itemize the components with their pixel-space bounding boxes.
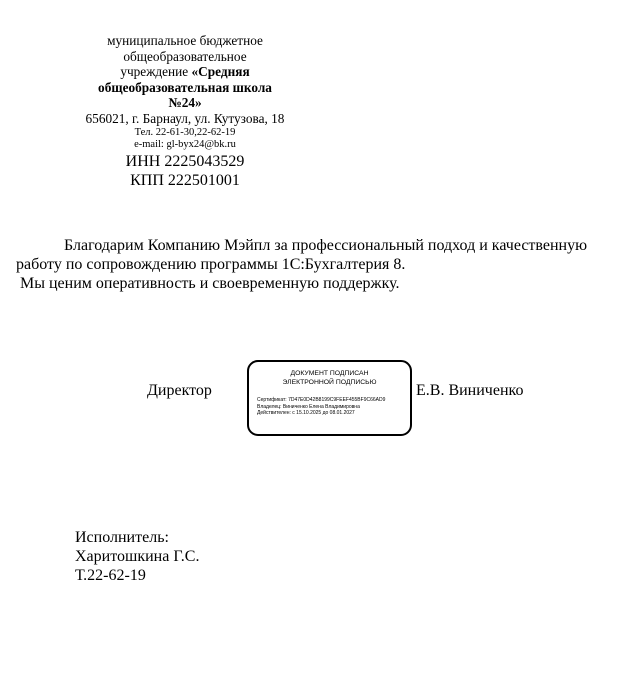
org-kpp: КПП 222501001 bbox=[70, 171, 300, 190]
letter-body: Благодарим Компанию Мэйпл за профессиона… bbox=[16, 236, 616, 293]
stamp-title-line-1: ДОКУМЕНТ ПОДПИСАН bbox=[249, 369, 410, 378]
org-phone: Тел. 22-61-30,22-62-19 bbox=[70, 127, 300, 140]
org-type-line: муниципальное бюджетное bbox=[70, 33, 300, 49]
org-email: e-mail: gl-byx24@bk.ru bbox=[70, 139, 300, 152]
org-name-start: «Средняя bbox=[192, 64, 250, 79]
org-type-line-2: общеобразовательное bbox=[70, 49, 300, 65]
executor-phone: Т.22-62-19 bbox=[75, 566, 199, 585]
letterhead: муниципальное бюджетное общеобразователь… bbox=[70, 33, 300, 190]
executor-block: Исполнитель: Харитошкина Г.С. Т.22-62-19 bbox=[75, 528, 199, 585]
signer-name: Е.В. Виниченко bbox=[416, 382, 523, 400]
thanks-paragraph: Благодарим Компанию Мэйпл за профессиона… bbox=[16, 236, 616, 274]
org-name-continued: общеобразовательная школа bbox=[70, 80, 300, 96]
signer-position: Директор bbox=[147, 382, 212, 400]
stamp-title-line-2: ЭЛЕКТРОННОЙ ПОДПИСЬЮ bbox=[249, 378, 410, 387]
executor-label: Исполнитель: bbox=[75, 528, 199, 547]
org-inn: ИНН 2225043529 bbox=[70, 152, 300, 171]
executor-name: Харитошкина Г.С. bbox=[75, 547, 199, 566]
org-name-number: №24» bbox=[70, 95, 300, 111]
org-address: 656021, г. Барнаул, ул. Кутузова, 18 bbox=[70, 111, 300, 127]
stamp-details: Сертификат: 7D47E0D42B8199C9FEEF455BF9C6… bbox=[257, 397, 410, 417]
stamp-title: ДОКУМЕНТ ПОДПИСАН ЭЛЕКТРОННОЙ ПОДПИСЬЮ bbox=[249, 369, 410, 387]
electronic-signature-stamp: ДОКУМЕНТ ПОДПИСАН ЭЛЕКТРОННОЙ ПОДПИСЬЮ С… bbox=[247, 360, 412, 436]
stamp-validity: Действителен: с 15.10.2025 до 08.01.2027 bbox=[257, 410, 410, 417]
org-name-prefix: учреждение bbox=[120, 64, 191, 79]
org-name-line: учреждение «Средняя bbox=[70, 64, 300, 80]
appreciation-paragraph: Мы ценим оперативность и своевременную п… bbox=[16, 274, 616, 293]
